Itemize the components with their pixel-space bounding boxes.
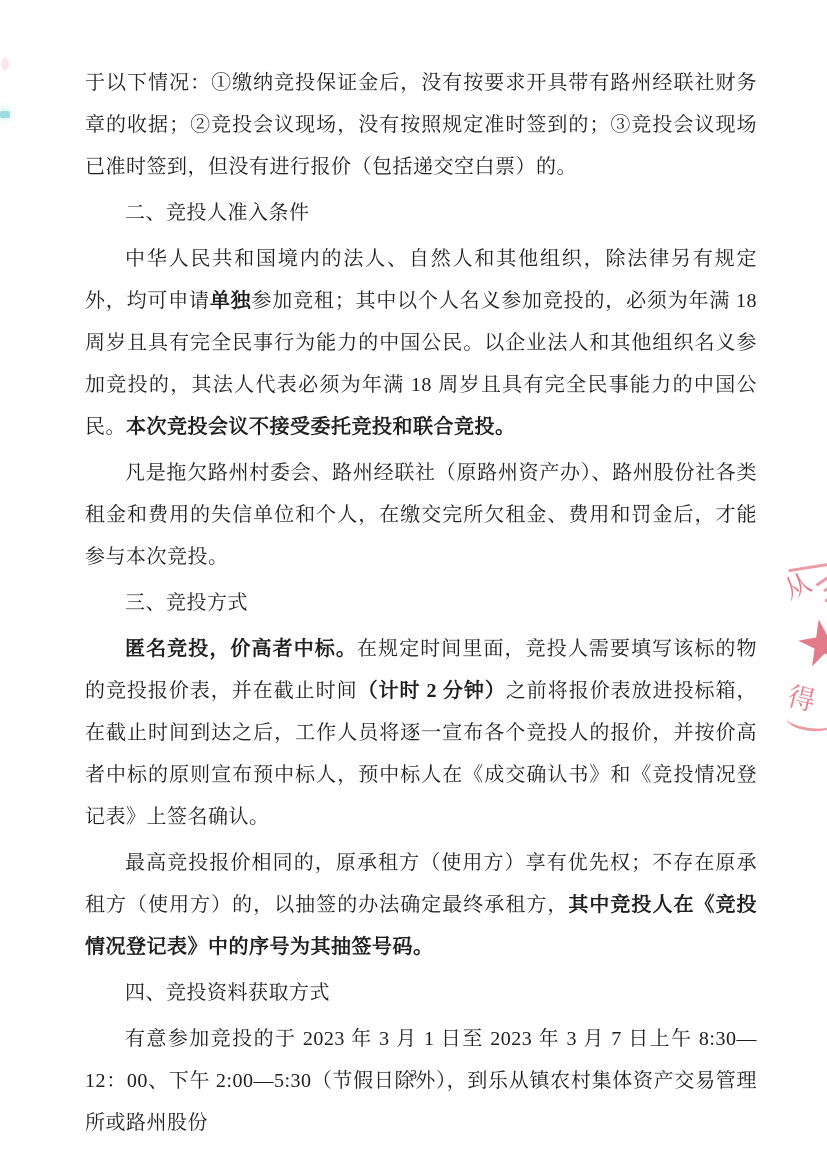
seal-character-bottom: 得 bbox=[785, 681, 818, 717]
document-body: 于以下情况：①缴纳竞投保证金后，没有按要求开具带有路州经联社财务章的收据；②竞投… bbox=[85, 62, 757, 1148]
bold-text-run: 本次竞投会议不接受委托竞投和联合竞投。 bbox=[126, 416, 516, 438]
seal-character-top: 从 bbox=[780, 568, 816, 606]
document-page: 于以下情况：①缴纳竞投保证金后，没有按要求开具带有路州经联社财务章的收据；②竞投… bbox=[0, 0, 827, 1169]
text-run: 二、竞投人准入条件 bbox=[125, 202, 310, 224]
bold-text-run: 匿名竞投，价高者中标。 bbox=[125, 638, 357, 660]
seal-star-icon: ★ bbox=[790, 608, 827, 679]
seal-partial-strokes bbox=[815, 576, 827, 586]
scan-smudge-pink bbox=[1, 58, 9, 70]
text-run: 三、竞投方式 bbox=[125, 592, 248, 614]
section-heading: 三、竞投方式 bbox=[85, 582, 757, 624]
red-seal-stamp: 从 ★ 得 bbox=[745, 550, 827, 760]
paragraph: 匿名竞投，价高者中标。在规定时间里面，竞投人需要填写该标的物的竞投报价表，并在截… bbox=[85, 628, 757, 838]
paragraph: 最高竞投报价相同的，原承租方（使用方）享有优先权；不存在原承租方（使用方）的，以… bbox=[85, 842, 757, 968]
text-run: 之前将报价表放进投标箱，在截止时间到达之后，工作人员将逐一宣布各个竞投人的报价，… bbox=[85, 680, 757, 828]
scan-mark-teal bbox=[0, 111, 10, 118]
text-run: 凡是拖欠路州村委会、路州经联社（原路州资产办）、路州股份社各类租金和费用的失信单… bbox=[85, 462, 757, 568]
bold-text-run: （计时 2 分钟） bbox=[358, 680, 506, 702]
text-run: 四、竞投资料获取方式 bbox=[125, 982, 330, 1004]
paragraph: 凡是拖欠路州村委会、路州经联社（原路州资产办）、路州股份社各类租金和费用的失信单… bbox=[85, 452, 757, 578]
paragraph: 中华人民共和国境内的法人、自然人和其他组织，除法律另有规定外，均可申请单独参加竞… bbox=[85, 238, 757, 448]
text-run: 于以下情况：①缴纳竞投保证金后，没有按要求开具带有路州经联社财务章的收据；②竞投… bbox=[85, 72, 757, 178]
seal-arc-line bbox=[786, 709, 827, 735]
section-heading: 二、竞投人准入条件 bbox=[85, 192, 757, 234]
page-number: 3 bbox=[0, 1068, 827, 1084]
paragraph: 于以下情况：①缴纳竞投保证金后，没有按要求开具带有路州经联社财务章的收据；②竞投… bbox=[85, 62, 757, 188]
bold-text-run: 单独 bbox=[210, 290, 252, 312]
seal-edge-line bbox=[788, 563, 827, 573]
section-heading: 四、竞投资料获取方式 bbox=[85, 972, 757, 1014]
